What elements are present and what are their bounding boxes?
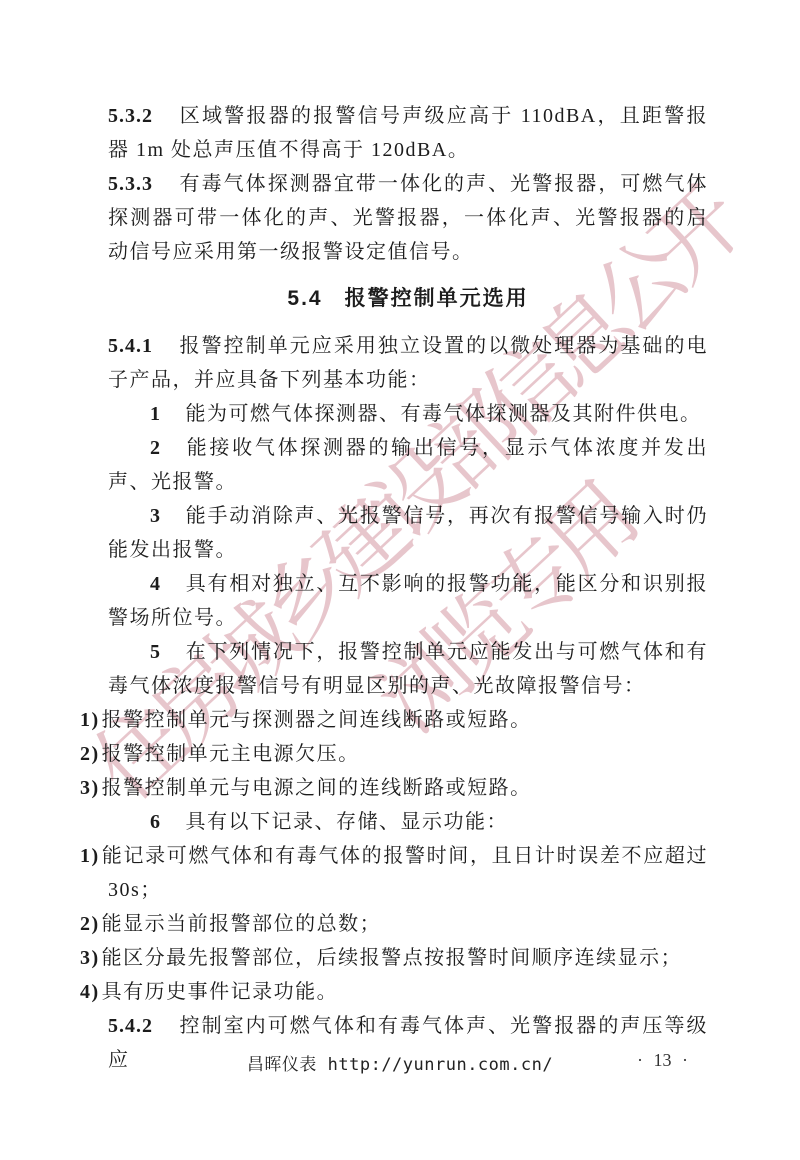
sub-item-5-3: 3)报警控制单元与电源之间的连线断路或短路。 <box>108 771 708 805</box>
sub-item-5-1: 1)报警控制单元与探测器之间连线断路或短路。 <box>108 703 708 737</box>
clause-5-3-3: 5.3.3有毒气体探测器宜带一体化的声、光警报器，可燃气体探测器可带一体化的声、… <box>108 167 708 269</box>
sub-item-text: 能显示当前报警部位的总数； <box>102 913 382 935</box>
sub-item-6-2: 2)能显示当前报警部位的总数； <box>108 907 708 941</box>
list-item-2: 2能接收气体探测器的输出信号，显示气体浓度并发出声、光报警。 <box>108 431 708 499</box>
sub-item-5-2: 2)报警控制单元主电源欠压。 <box>108 737 708 771</box>
sub-item-text: 报警控制单元主电源欠压。 <box>102 743 360 765</box>
item-text: 能手动消除声、光报警信号，再次有报警信号输入时仍能发出报警。 <box>108 505 708 561</box>
clause-number: 5.4.1 <box>108 335 153 357</box>
page-number: · 13 · <box>637 1050 688 1071</box>
sub-item-number: 4) <box>80 981 100 1003</box>
item-text: 能为可燃气体探测器、有毒气体探测器及其附件供电。 <box>186 403 702 425</box>
sub-item-number: 2) <box>80 913 100 935</box>
item-text: 在下列情况下，报警控制单元应能发出与可燃气体和有毒气体浓度报警信号有明显区别的声… <box>108 641 708 697</box>
section-heading-5-4: 5.4报警控制单元选用 <box>108 282 708 316</box>
sub-item-text: 报警控制单元与电源之间的连线断路或短路。 <box>102 777 532 799</box>
sub-item-number: 3) <box>80 777 100 799</box>
clause-text: 报警控制单元应采用独立设置的以微处理器为基础的电子产品，并应具备下列基本功能： <box>108 335 708 391</box>
clause-5-3-2: 5.3.2区域警报器的报警信号声级应高于 110dBA，且距警报器 1m 处总声… <box>108 99 708 167</box>
section-title: 报警控制单元选用 <box>345 287 529 310</box>
sub-item-text: 具有历史事件记录功能。 <box>102 981 339 1003</box>
list-item-3: 3能手动消除声、光报警信号，再次有报警信号输入时仍能发出报警。 <box>108 499 708 567</box>
list-item-5: 5在下列情况下，报警控制单元应能发出与可燃气体和有毒气体浓度报警信号有明显区别的… <box>108 635 708 703</box>
sub-item-number: 1) <box>80 709 100 731</box>
item-text: 具有以下记录、存储、显示功能： <box>186 811 509 833</box>
item-text: 具有相对独立、互不影响的报警功能，能区分和识别报警场所位号。 <box>108 573 708 629</box>
item-number: 2 <box>150 437 162 459</box>
section-number: 5.4 <box>287 287 322 310</box>
sub-item-6-1: 1)能记录可燃气体和有毒气体的报警时间，且日计时误差不应超过 30s； <box>108 839 708 907</box>
document-page: 住房城乡建设部信息公开 浏览专用 5.3.2区域警报器的报警信号声级应高于 11… <box>0 0 800 1160</box>
clause-text: 区域警报器的报警信号声级应高于 110dBA，且距警报器 1m 处总声压值不得高… <box>108 105 708 161</box>
clause-number: 5.4.2 <box>108 1015 153 1037</box>
sub-item-text: 能区分最先报警部位，后续报警点按报警时间顺序连续显示； <box>102 947 683 969</box>
sub-item-6-3: 3)能区分最先报警部位，后续报警点按报警时间顺序连续显示； <box>108 941 708 975</box>
item-number: 5 <box>150 641 162 663</box>
list-item-4: 4具有相对独立、互不影响的报警功能，能区分和识别报警场所位号。 <box>108 567 708 635</box>
clause-text: 有毒气体探测器宜带一体化的声、光警报器，可燃气体探测器可带一体化的声、光警报器，… <box>108 173 708 263</box>
sub-item-text: 报警控制单元与探测器之间连线断路或短路。 <box>102 709 532 731</box>
sub-item-6-4: 4)具有历史事件记录功能。 <box>108 975 708 1009</box>
list-item-1: 1能为可燃气体探测器、有毒气体探测器及其附件供电。 <box>108 397 708 431</box>
clause-number: 5.3.3 <box>108 173 153 195</box>
sub-item-number: 1) <box>80 845 100 867</box>
document-body: 5.3.2区域警报器的报警信号声级应高于 110dBA，且距警报器 1m 处总声… <box>108 99 708 1077</box>
item-text: 能接收气体探测器的输出信号，显示气体浓度并发出声、光报警。 <box>108 437 708 493</box>
item-number: 1 <box>150 403 162 425</box>
clause-number: 5.3.2 <box>108 105 153 127</box>
item-number: 4 <box>150 573 162 595</box>
item-number: 3 <box>150 505 162 527</box>
item-number: 6 <box>150 811 162 833</box>
list-item-6: 6具有以下记录、存储、显示功能： <box>108 805 708 839</box>
sub-item-number: 2) <box>80 743 100 765</box>
clause-5-4-1: 5.4.1报警控制单元应采用独立设置的以微处理器为基础的电子产品，并应具备下列基… <box>108 329 708 397</box>
sub-item-number: 3) <box>80 947 100 969</box>
sub-item-text: 能记录可燃气体和有毒气体的报警时间，且日计时误差不应超过 30s； <box>102 845 708 901</box>
